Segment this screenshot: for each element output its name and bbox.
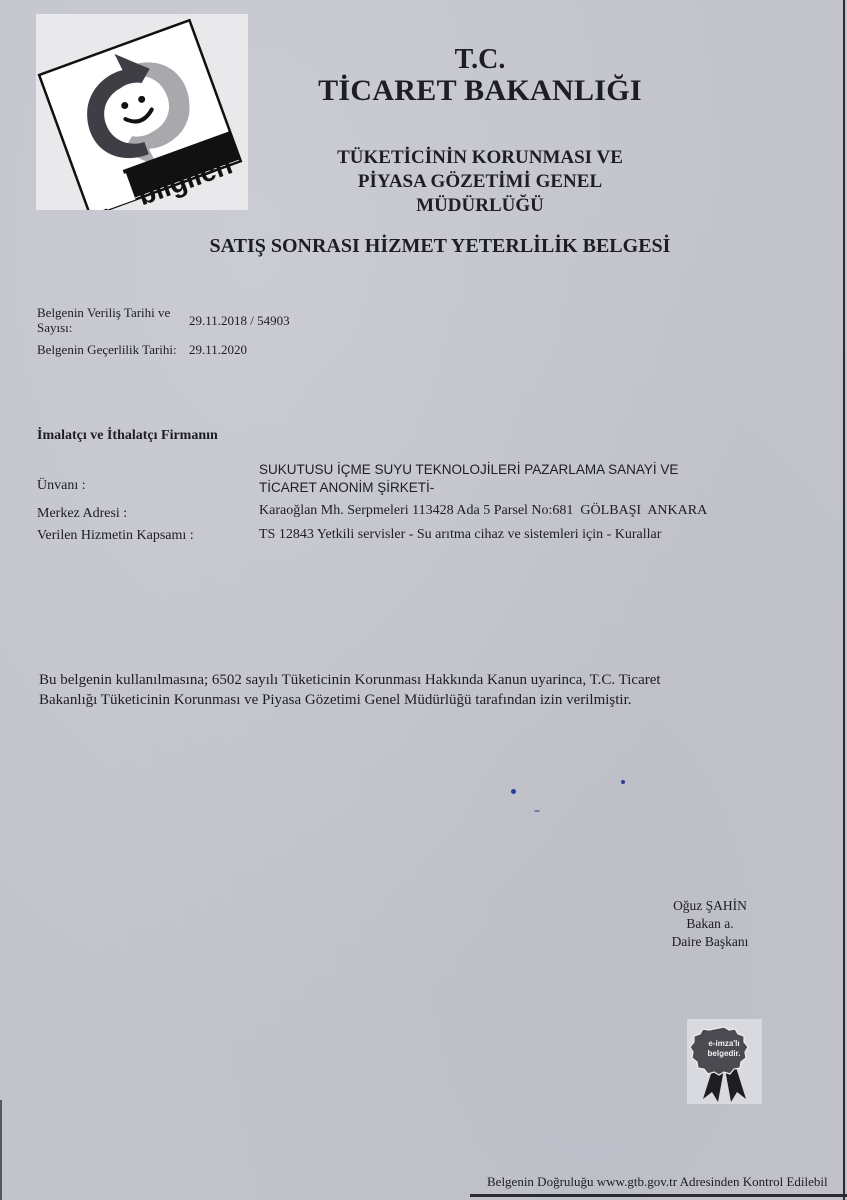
statement-line: Bakanlığı Tüketicinin Korunması ve Piyas… xyxy=(39,690,759,710)
scan-edge-bottom xyxy=(470,1194,847,1197)
service-scope-value: TS 12843 Yetkili servisler - Su arıtma c… xyxy=(259,526,661,544)
signatory-title: Daire Başkanı xyxy=(620,933,800,951)
verification-footer: Belgenin Doğruluğu www.gtb.gov.tr Adresi… xyxy=(487,1174,828,1190)
issue-date-value: 29.11.2018 / 54903 xyxy=(189,313,290,328)
firm-title-line: TİCARET ANONİM ŞİRKETİ- xyxy=(259,479,759,497)
ink-speck xyxy=(534,810,540,812)
award-ribbon-icon: e-imza'lı belgedir. xyxy=(687,1019,762,1104)
signature-block: Oğuz ŞAHİN Bakan a. Daire Başkanı xyxy=(620,897,800,951)
service-scope-label: Verilen Hizmetin Kapsamı : xyxy=(37,528,194,544)
firm-section-heading: İmalatçı ve İthalatçı Firmanın xyxy=(37,428,218,444)
issue-date-label: Belgenin Veriliş Tarihi ve Sayısı: xyxy=(37,305,197,335)
statement-line: Bu belgenin kullanılmasına; 6502 sayılı … xyxy=(39,670,759,690)
issue-date-label-line: Sayısı: xyxy=(37,320,197,335)
signatory-name: Oğuz ŞAHİN xyxy=(620,897,800,915)
scan-edge-right xyxy=(843,0,845,1200)
svg-text:e-imza'lı: e-imza'lı xyxy=(708,1039,739,1048)
certificate-title: SATIŞ SONRASI HİZMET YETERLİLİK BELGESİ xyxy=(150,235,730,258)
firm-title-label: Ünvanı : xyxy=(37,478,86,494)
firm-address-label: Merkez Adresi : xyxy=(37,506,127,522)
ministry-name: TİCARET BAKANLIĞI xyxy=(260,74,700,108)
validity-date-value: 29.11.2020 xyxy=(189,342,247,357)
ink-speck xyxy=(621,780,625,784)
firm-title-line: SUKUTUSU İÇME SUYU TEKNOLOJİLERİ PAZARLA… xyxy=(259,461,759,479)
firm-title-value: SUKUTUSU İÇME SUYU TEKNOLOJİLERİ PAZARLA… xyxy=(259,461,759,497)
validity-date-label: Belgenin Geçerlilik Tarihi: xyxy=(37,342,177,357)
firm-address-value: Karaoğlan Mh. Serpmeleri 113428 Ada 5 Pa… xyxy=(259,502,707,520)
bilgilen-logo: bilgilen xyxy=(36,14,248,210)
authorization-statement: Bu belgenin kullanılmasına; 6502 sayılı … xyxy=(39,670,759,710)
department-line: MÜDÜRLÜĞÜ xyxy=(260,194,700,218)
header-tc: T.C. xyxy=(260,44,700,76)
e-signature-seal: e-imza'lı belgedir. xyxy=(687,1019,762,1104)
svg-text:belgedir.: belgedir. xyxy=(708,1049,741,1058)
department-line: PİYASA GÖZETİMİ GENEL xyxy=(260,170,700,194)
issue-date-label-line: Belgenin Veriliş Tarihi ve xyxy=(37,305,197,320)
scan-edge-left xyxy=(0,1100,2,1200)
ink-speck xyxy=(511,789,516,794)
department-line: TÜKETİCİNİN KORUNMASI VE xyxy=(260,146,700,170)
smiley-recycle-arrows-logo-icon: bilgilen xyxy=(36,14,248,210)
signatory-role: Bakan a. xyxy=(620,915,800,933)
department-name: TÜKETİCİNİN KORUNMASI VE PİYASA GÖZETİMİ… xyxy=(260,146,700,218)
